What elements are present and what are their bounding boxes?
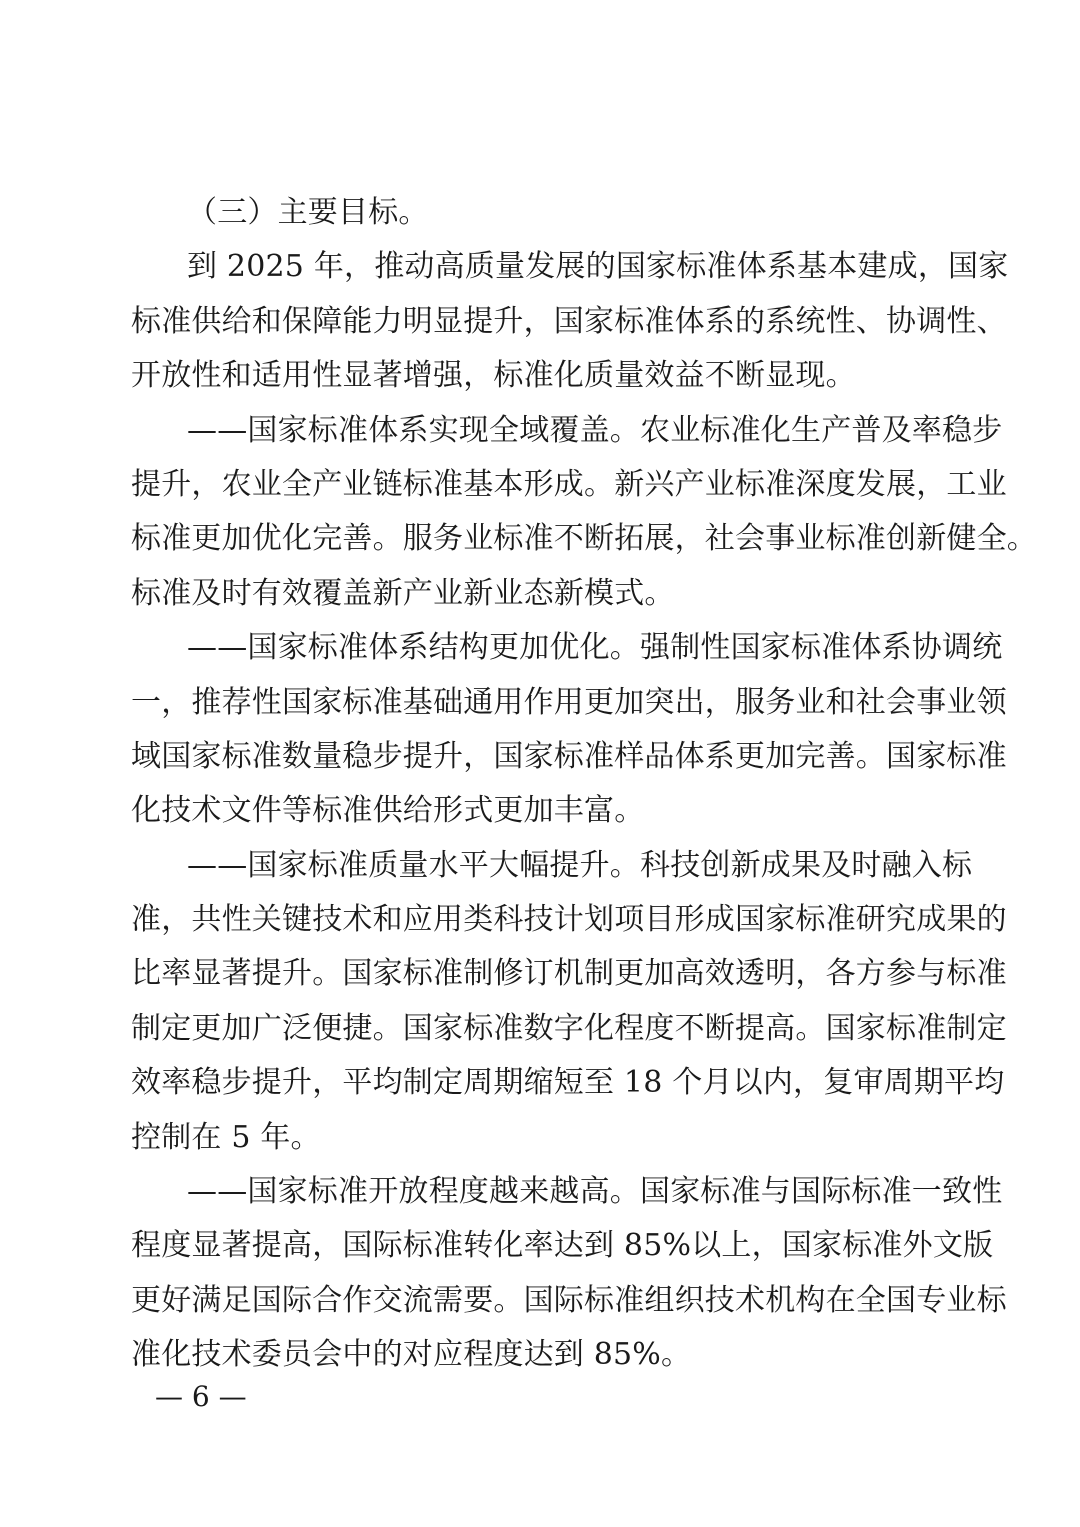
text-line: 制定更加广泛便捷。国家标准数字化程度不断提高。国家标准制定 [131,1002,946,1056]
text-line: 标准及时有效覆盖新产业新业态新模式。 [131,567,946,621]
text-line: 一，推荐性国家标准基础通用作用更加突出，服务业和社会事业领 [131,676,946,730]
text-line: 比率显著提升。国家标准制修订机制更加高效透明，各方参与标准 [131,947,946,1001]
text-line: 更好满足国际合作交流需要。国际标准组织技术机构在全国专业标 [131,1274,946,1328]
page-number: — 6 — [155,1377,247,1417]
text-line: 程度显著提高，国际标准转化率达到 85%以上，国家标准外文版 [131,1219,946,1273]
text-line: 标准更加优化完善。服务业标准不断拓展，社会事业标准创新健全。 [131,512,946,566]
text-line: ——国家标准体系实现全域覆盖。农业标准化生产普及率稳步 [131,404,946,458]
text-line: ——国家标准体系结构更加优化。强制性国家标准体系协调统 [131,621,946,675]
section-heading: （三）主要目标。 [131,186,946,240]
text-line: ——国家标准质量水平大幅提升。科技创新成果及时融入标 [131,839,946,893]
paragraph-quality: ——国家标准质量水平大幅提升。科技创新成果及时融入标 准，共性关键技术和应用类科… [131,839,946,1165]
paragraph-openness: ——国家标准开放程度越来越高。国家标准与国际标准一致性 程度显著提高，国际标准转… [131,1165,946,1383]
paragraph-coverage: ——国家标准体系实现全域覆盖。农业标准化生产普及率稳步 提升，农业全产业链标准基… [131,404,946,622]
text-line: 提升，农业全产业链标准基本形成。新兴产业标准深度发展，工业 [131,458,946,512]
text-line: 效率稳步提升，平均制定周期缩短至 18 个月以内，复审周期平均 [131,1056,946,1110]
text-line: 到 2025 年，推动高质量发展的国家标准体系基本建成，国家 [131,240,946,294]
paragraph-structure: ——国家标准体系结构更加优化。强制性国家标准体系协调统 一，推荐性国家标准基础通… [131,621,946,839]
paragraph-overview: 到 2025 年，推动高质量发展的国家标准体系基本建成，国家 标准供给和保障能力… [131,240,946,403]
text-line: 控制在 5 年。 [131,1111,946,1165]
text-line: 准，共性关键技术和应用类科技计划项目形成国家标准研究成果的 [131,893,946,947]
text-line: 域国家标准数量稳步提升，国家标准样品体系更加完善。国家标准 [131,730,946,784]
text-line: ——国家标准开放程度越来越高。国家标准与国际标准一致性 [131,1165,946,1219]
document-page: （三）主要目标。 到 2025 年，推动高质量发展的国家标准体系基本建成，国家 … [131,186,946,1383]
text-line: 准化技术委员会中的对应程度达到 85%。 [131,1328,946,1382]
text-line: 标准供给和保障能力明显提升，国家标准体系的系统性、协调性、 [131,295,946,349]
text-line: 开放性和适用性显著增强，标准化质量效益不断显现。 [131,349,946,403]
text-line: 化技术文件等标准供给形式更加丰富。 [131,784,946,838]
